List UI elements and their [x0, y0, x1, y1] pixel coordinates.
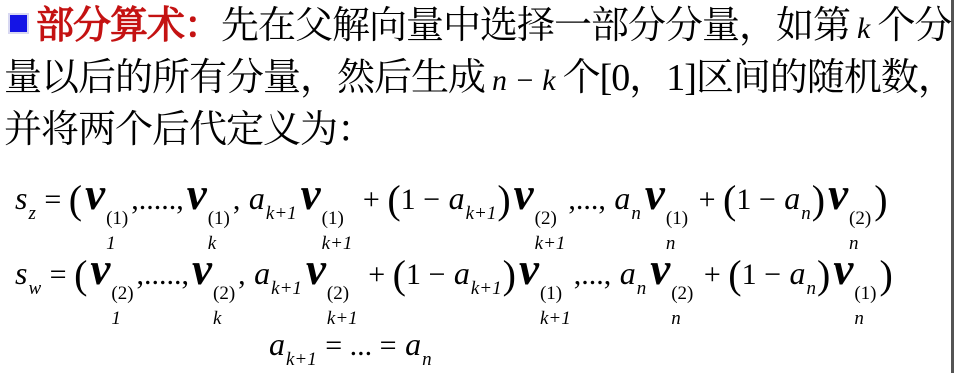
math-token: (2): [327, 284, 358, 303]
math-token: n: [801, 203, 811, 224]
math-token: ak+1: [249, 180, 297, 216]
math-token: 1 −: [406, 258, 453, 291]
math-token: v(1)n: [833, 243, 876, 328]
math-token: ,.....,: [131, 183, 184, 216]
math-token: v(1)n: [645, 168, 688, 253]
math-token: k+1: [471, 278, 502, 299]
math-token: (: [723, 177, 736, 222]
math-token: +: [691, 183, 723, 216]
math-token: v: [833, 244, 852, 294]
formula-sz: sz = (v(1)1,.....,v(1)k, ak+1v(1)k+1 + (…: [14, 168, 888, 253]
math-token: k+1: [271, 278, 302, 299]
math-token: ): [503, 252, 516, 297]
math-token: v: [301, 169, 320, 219]
math-token: n: [631, 203, 641, 224]
math-token: =: [42, 258, 74, 291]
math-token: ak+1: [449, 180, 497, 216]
math-token: ,: [233, 183, 248, 216]
math-token: (: [69, 177, 82, 222]
math-token: v: [90, 244, 109, 294]
math-token: (1)k+1: [540, 284, 571, 328]
math-token: v: [192, 244, 211, 294]
slide: 部分算术：先在父解向量中选择一部分分量，如第k个分 量以后的所有分量，然后生成n…: [0, 0, 967, 373]
math-token: k+1: [540, 309, 571, 328]
math-token: v(2)k: [192, 243, 235, 328]
math-token: ,...,: [574, 258, 619, 291]
math-token: an: [405, 326, 432, 362]
math-token: v: [514, 169, 533, 219]
math-token: v(2)k+1: [306, 243, 358, 328]
math-token: k+1: [266, 203, 297, 224]
math-token: ,.....,: [137, 258, 190, 291]
math-token: n: [671, 309, 693, 328]
line1-text: 先在父解向量中选择一部分分量，如第: [221, 5, 850, 47]
math-token: v: [306, 244, 325, 294]
math-token: (2)k+1: [327, 284, 358, 328]
math-token: 1: [111, 309, 133, 328]
paragraph-line1: 部分算术：先在父解向量中选择一部分分量，如第k个分: [36, 3, 951, 52]
math-token: ): [812, 177, 825, 222]
math-token: v: [650, 244, 669, 294]
math-token: (2)n: [671, 284, 693, 328]
math-token: 1 −: [736, 183, 783, 216]
math-token: an: [784, 180, 811, 216]
math-token: ,...,: [568, 183, 613, 216]
math-token: n: [422, 349, 432, 370]
math-token: (1): [208, 209, 230, 228]
math-token: n: [854, 309, 876, 328]
math-token: v(2)k+1: [514, 168, 566, 253]
math-token: z: [28, 203, 35, 224]
math-token: v(2)n: [828, 168, 871, 253]
math-token: ak+1: [269, 326, 317, 362]
math-var-n-minus-k: n − k: [485, 64, 563, 97]
line3-text: 并将两个后代定义为：: [4, 109, 374, 151]
math-token: (1): [854, 284, 876, 303]
math-token: ): [817, 252, 830, 297]
math-token: k: [213, 309, 235, 328]
bullet-square-icon: [10, 15, 27, 32]
math-token: +: [355, 183, 387, 216]
math-token: +: [361, 258, 393, 291]
math-token: w: [28, 278, 41, 299]
math-token: (1)n: [854, 284, 876, 328]
heading-label: 部分算术：: [36, 5, 221, 47]
math-var-k: k: [850, 12, 877, 45]
math-token: an: [614, 180, 641, 216]
math-token: (1): [322, 209, 353, 228]
math-token: (: [387, 177, 400, 222]
math-token: (2): [111, 284, 133, 303]
math-token: (2)k: [213, 284, 235, 328]
math-token: v: [85, 169, 104, 219]
math-token: (2): [849, 209, 871, 228]
math-token: v: [519, 244, 538, 294]
line2-tail: 个[0，1]区间的随机数，: [563, 57, 955, 99]
math-token: an: [620, 255, 647, 291]
math-token: (1): [106, 209, 128, 228]
math-token: ak+1: [454, 255, 502, 291]
math-token: v: [828, 169, 847, 219]
math-token: (1): [666, 209, 688, 228]
math-token: (: [728, 252, 741, 297]
math-token: (: [74, 252, 87, 297]
math-token: k+1: [466, 203, 497, 224]
math-token: v(1)k+1: [519, 243, 571, 328]
math-token: ,: [238, 258, 253, 291]
math-token: (2): [213, 284, 235, 303]
math-token: (2)1: [111, 284, 133, 328]
math-token: ak+1: [254, 255, 302, 291]
math-token: v(2)1: [90, 243, 133, 328]
math-token: k+1: [286, 349, 317, 370]
paragraph-line2: 量以后的所有分量，然后生成n − k个[0，1]区间的随机数，: [4, 55, 955, 104]
math-token: v(1)k: [187, 168, 230, 253]
math-token: v: [187, 169, 206, 219]
math-token: ): [874, 177, 887, 222]
math-token: ): [879, 252, 892, 297]
math-token: = ... =: [318, 329, 404, 362]
paragraph-line3: 并将两个后代定义为：: [4, 107, 374, 153]
math-token: n: [637, 278, 647, 299]
math-token: 1 −: [742, 258, 789, 291]
formula-alpha: ak+1 = ... = an: [268, 326, 433, 371]
math-token: v: [645, 169, 664, 219]
math-token: sw: [15, 255, 41, 291]
math-token: (2): [671, 284, 693, 303]
math-token: n: [807, 278, 817, 299]
math-token: +: [696, 258, 728, 291]
formula-sw: sw = (v(2)1,.....,v(2)k, ak+1v(2)k+1 + (…: [14, 243, 893, 328]
line1-tail: 个分: [877, 5, 951, 47]
math-token: v(1)k+1: [301, 168, 353, 253]
math-token: (1): [540, 284, 571, 303]
math-token: v(2)n: [650, 243, 693, 328]
math-token: (2): [535, 209, 566, 228]
math-token: 1 −: [401, 183, 448, 216]
math-token: sz: [15, 180, 36, 216]
math-token: (: [393, 252, 406, 297]
math-token: ): [497, 177, 510, 222]
math-token: v(1)1: [85, 168, 128, 253]
math-token: =: [37, 183, 69, 216]
math-token: an: [790, 255, 817, 291]
line2-text: 量以后的所有分量，然后生成: [4, 57, 485, 99]
